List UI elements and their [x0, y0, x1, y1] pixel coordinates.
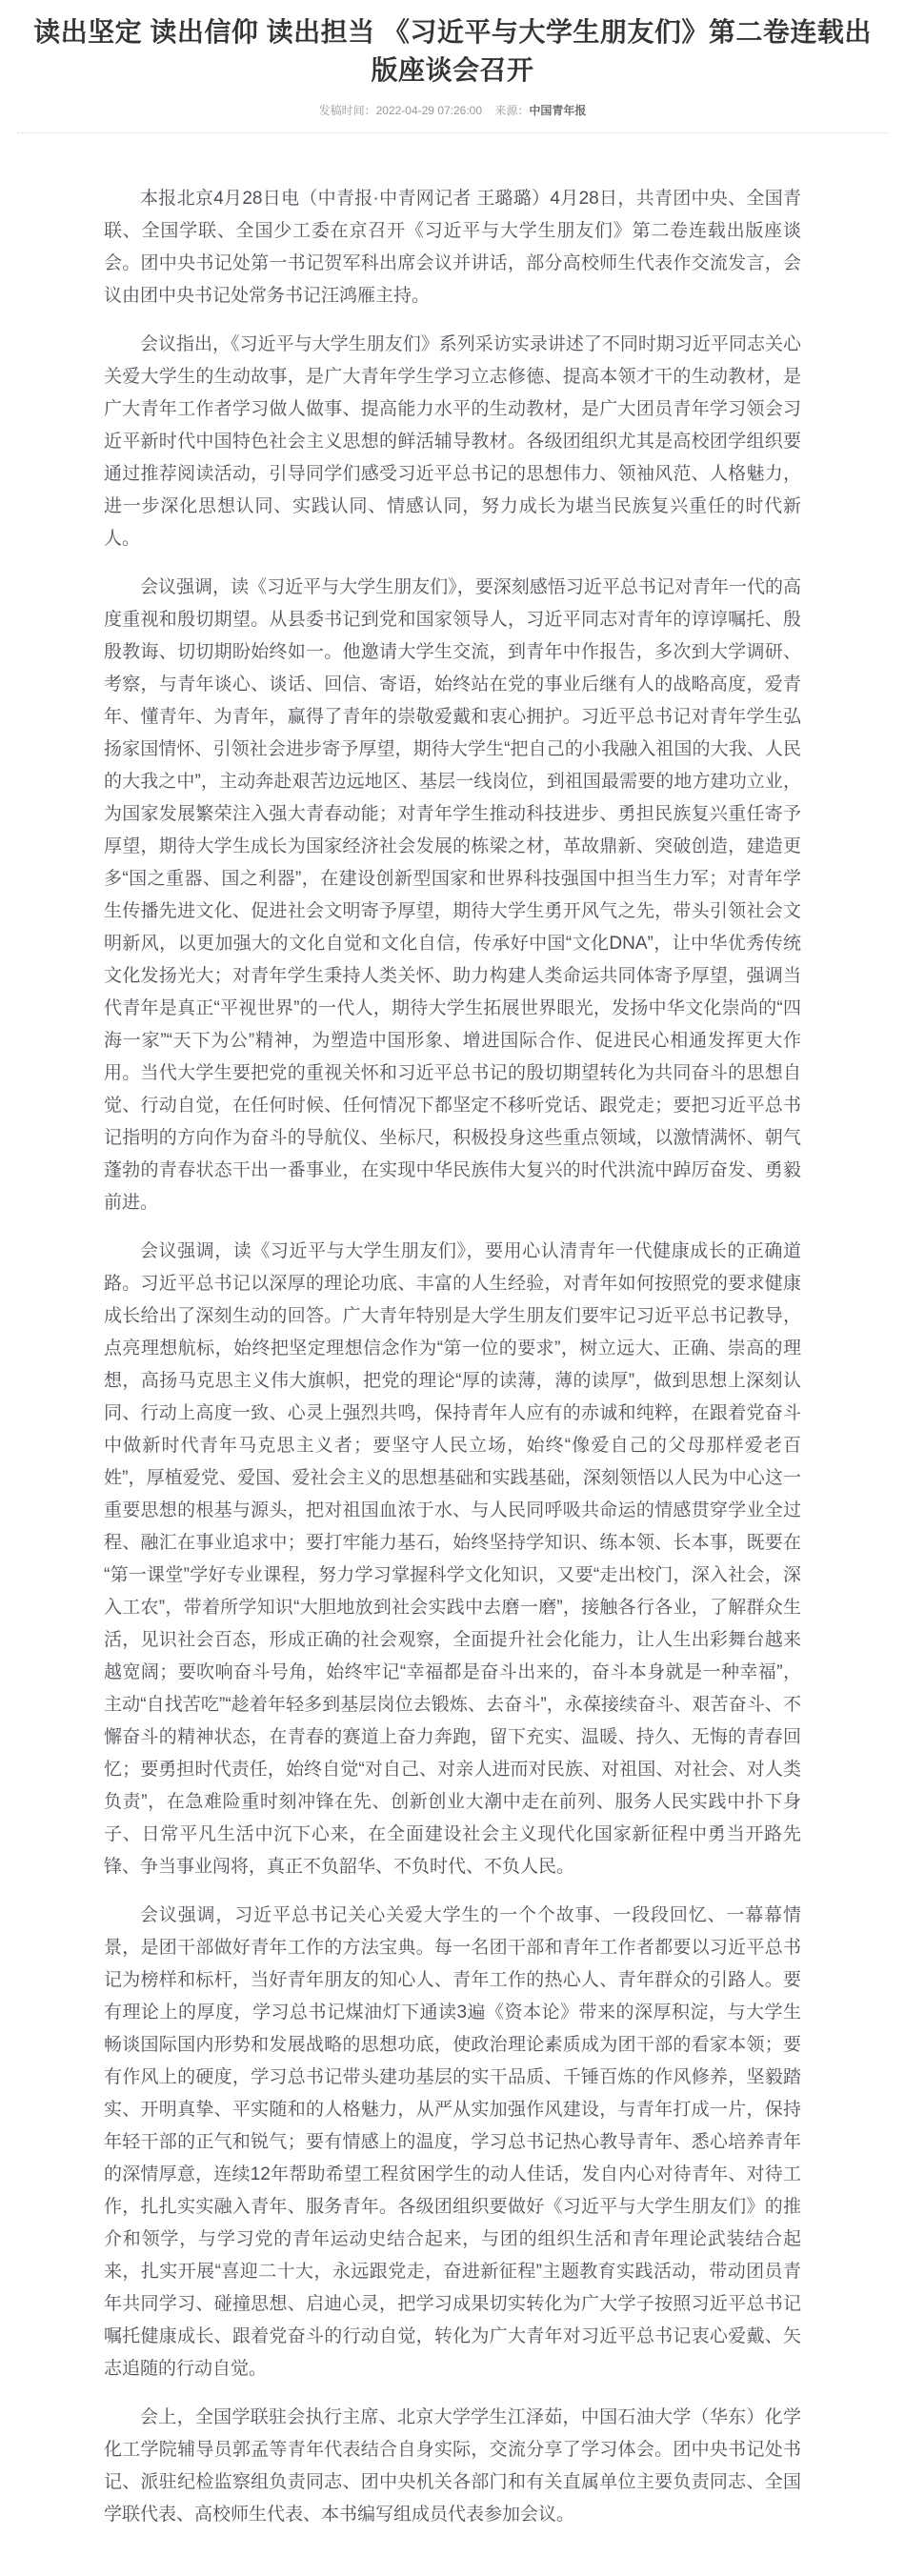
article-paragraph: 本报北京4月28日电（中青报·中青网记者 王璐璐）4月28日，共青团中央、全国青…: [104, 183, 801, 312]
publish-time: 2022-04-29 07:26:00: [376, 104, 482, 117]
publish-time-label: 发稿时间：: [319, 104, 376, 117]
article-page: 读出坚定 读出信仰 读出担当 《习近平与大学生朋友们》第二卷连载出版座谈会召开 …: [0, 0, 905, 2576]
source-label: 来源：: [494, 104, 529, 117]
article-body: 本报北京4月28日电（中青报·中青网记者 王璐璐）4月28日，共青团中央、全国青…: [104, 133, 801, 2576]
article-paragraph: 会议强调，读《习近平与大学生朋友们》，要用心认清青年一代健康成长的正确道路。习近…: [104, 1236, 801, 1883]
article-header: 读出坚定 读出信仰 读出担当 《习近平与大学生朋友们》第二卷连载出版座谈会召开 …: [0, 0, 905, 119]
article-paragraph: 会上，全国学联驻会执行主席、北京大学学生江泽茹，中国石油大学（华东）化学化工学院…: [104, 2402, 801, 2531]
article-paragraph: 会议强调，读《习近平与大学生朋友们》，要深刻感悟习近平总书记对青年一代的高度重视…: [104, 572, 801, 1219]
page-title: 读出坚定 读出信仰 读出担当 《习近平与大学生朋友们》第二卷连载出版座谈会召开: [33, 13, 872, 90]
article-paragraph: 会议指出，《习近平与大学生朋友们》系列采访实录讲述了不同时期习近平同志关心关爱大…: [104, 329, 801, 555]
article-paragraph: 会议强调，习近平总书记关心关爱大学生的一个个故事、一段段回忆、一幕幕情景，是团干…: [104, 1900, 801, 2385]
article-meta: 发稿时间：2022-04-29 07:26:00 来源：中国青年报: [0, 102, 905, 119]
source-name-link[interactable]: 中国青年报: [529, 104, 586, 117]
